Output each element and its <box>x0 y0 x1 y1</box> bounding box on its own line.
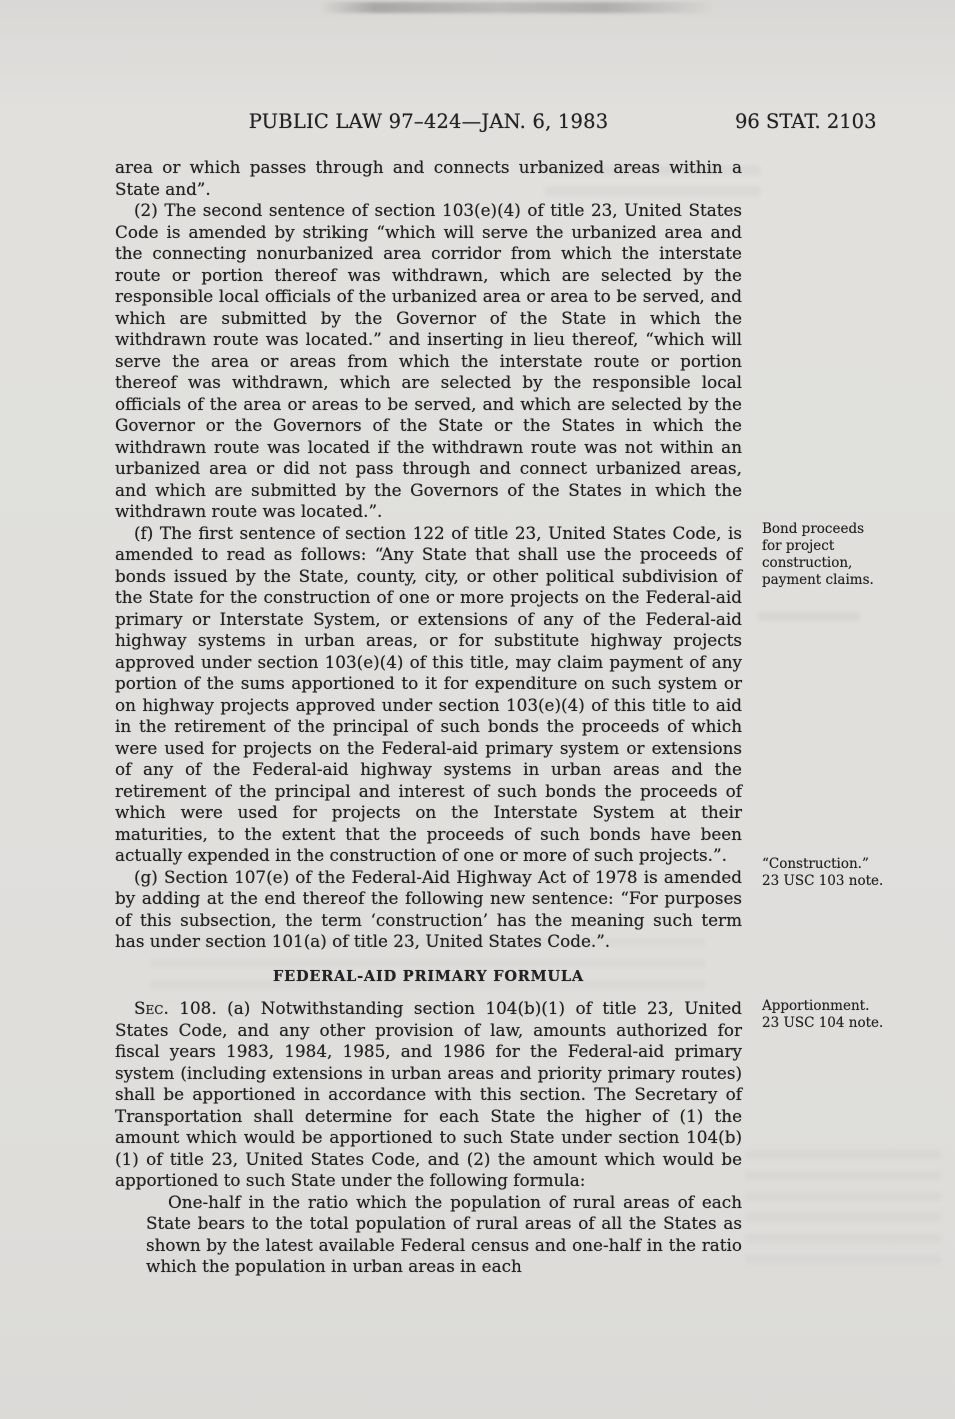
paragraph-sec-108: Sec. 108. (a) Notwithstanding section 10… <box>115 998 742 1192</box>
statute-page-reference: 96 STAT. 2103 <box>735 110 877 133</box>
section-heading-federal-aid-primary-formula: FEDERAL-AID PRIMARY FORMULA <box>115 966 742 988</box>
page-header: PUBLIC LAW 97–424—JAN. 6, 1983 96 STAT. … <box>0 110 955 140</box>
margin-note-line: 23 USC 104 note. <box>762 1015 942 1032</box>
scan-smudge <box>320 2 715 13</box>
bleed-through-text <box>745 1150 941 1276</box>
margin-note-line: Apportionment. <box>762 998 942 1015</box>
margin-note-apportionment: Apportionment. 23 USC 104 note. <box>762 998 942 1032</box>
margin-note-bond-proceeds: Bond proceeds for project construction, … <box>762 521 942 589</box>
margin-note-line: “Construction.” <box>762 856 942 873</box>
margin-note-construction: “Construction.” 23 USC 103 note. <box>762 856 942 890</box>
paragraph-g: (g) Section 107(e) of the Federal-Aid Hi… <box>115 867 742 953</box>
statute-text-column: area or which passes through and connect… <box>115 157 742 1278</box>
formula-paragraph: One-half in the ratio which the populati… <box>146 1192 742 1278</box>
margin-note-line: 23 USC 103 note. <box>762 873 942 890</box>
bleed-through-text <box>758 612 860 628</box>
sec-108-text: (a) Notwithstanding section 104(b)(1) of… <box>115 998 742 1190</box>
margin-note-line: payment claims. <box>762 572 942 589</box>
margin-note-line: Bond proceeds <box>762 521 942 538</box>
paragraph-2: (2) The second sentence of section 103(e… <box>115 200 742 523</box>
margin-note-line: for project <box>762 538 942 555</box>
law-title: PUBLIC LAW 97–424—JAN. 6, 1983 <box>115 110 742 133</box>
scanned-statute-page: PUBLIC LAW 97–424—JAN. 6, 1983 96 STAT. … <box>0 0 955 1419</box>
paragraph-continuation: area or which passes through and connect… <box>115 157 742 200</box>
margin-note-line: construction, <box>762 555 942 572</box>
section-number-label: Sec. 108. <box>134 998 217 1018</box>
paragraph-f: (f) The first sentence of section 122 of… <box>115 523 742 867</box>
